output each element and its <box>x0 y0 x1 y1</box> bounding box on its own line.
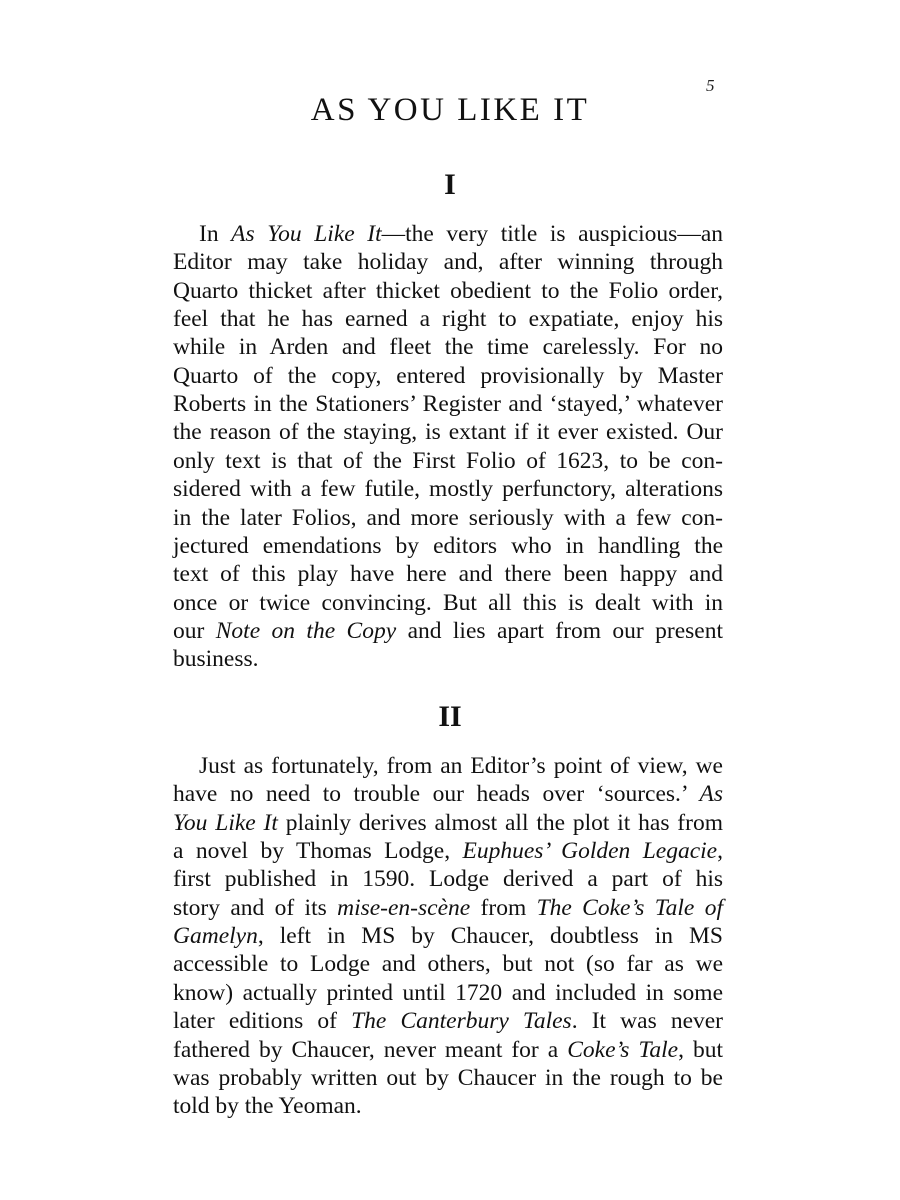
text-line: business. <box>173 645 723 673</box>
text-line: fathered by Chaucer, never meant for a C… <box>173 1036 723 1064</box>
text-line: Quarto of the copy, entered provisionall… <box>173 362 723 390</box>
text-line: sidered with a few futile, mostly perfun… <box>173 475 723 503</box>
text-line: later editions of The Canterbury Tales. … <box>173 1007 723 1035</box>
text-line: the reason of the staying, is extant if … <box>173 418 723 446</box>
body-text: from <box>470 895 536 921</box>
text-line: text of this play have here and there be… <box>173 560 723 588</box>
italic-title-text: As You Like It <box>231 221 381 247</box>
body-text: accessible to Lodge and others, but not … <box>173 951 723 977</box>
text-line: Gamelyn, left in MS by Chaucer, doubtles… <box>173 922 723 950</box>
italic-title-text: You Like It <box>173 810 278 836</box>
italic-title-text: As <box>700 781 724 807</box>
section-heading-1: I <box>0 168 900 202</box>
body-text: , left in MS by Chaucer, doubtless in MS <box>258 923 723 949</box>
italic-title-text: Note on the Copy <box>216 618 396 644</box>
text-line: first published in 1590. Lodge derived a… <box>173 865 723 893</box>
italic-title-text: mise-en-scène <box>337 895 470 921</box>
body-text: told by the Yeoman. <box>173 1093 362 1119</box>
text-line: have no need to trouble our heads over ‘… <box>173 780 723 808</box>
text-line: was probably written out by Chaucer in t… <box>173 1064 723 1092</box>
section-heading-2: II <box>0 700 900 734</box>
body-text: the reason of the staying, is extant if … <box>173 419 723 445</box>
italic-title-text: The Coke’s Tale of <box>537 895 723 921</box>
text-line: feel that he has earned a right to expat… <box>173 305 723 333</box>
body-text: later editions of <box>173 1008 351 1034</box>
body-text: Just as fortunately, from an Editor’s po… <box>199 753 723 779</box>
text-line: accessible to Lodge and others, but not … <box>173 950 723 978</box>
text-line: told by the Yeoman. <box>173 1092 723 1120</box>
body-text: plainly derives almost all the plot it h… <box>278 810 723 836</box>
text-line: Editor may take holiday and, after winni… <box>173 248 723 276</box>
text-line: Just as fortunately, from an Editor’s po… <box>199 752 723 780</box>
body-text: Quarto thicket after thicket obedient to… <box>173 278 723 304</box>
text-line: story and of its mise-en-scène from The … <box>173 894 723 922</box>
body-text: Roberts in the Stationers’ Register and … <box>173 391 723 417</box>
body-text: our <box>173 618 216 644</box>
body-text: story and of its <box>173 895 337 921</box>
text-line: jectured emendations by editors who in h… <box>173 532 723 560</box>
body-text: , but <box>678 1037 723 1063</box>
page-title: AS YOU LIKE IT <box>0 92 900 129</box>
text-line: a novel by Thomas Lodge, Euphues’ Golden… <box>173 837 723 865</box>
body-text: text of this play have here and there be… <box>173 561 723 587</box>
text-line: only text is that of the First Folio of … <box>173 447 723 475</box>
body-text: —the very title is auspicious—an <box>382 221 723 247</box>
text-line: Quarto thicket after thicket obedient to… <box>173 277 723 305</box>
text-line: once or twice convincing. But all this i… <box>173 589 723 617</box>
body-text: sidered with a few futile, mostly perfun… <box>173 476 723 502</box>
body-text: and lies apart from our present <box>396 618 723 644</box>
body-text: jectured emendations by editors who in h… <box>173 533 723 559</box>
body-text: only text is that of the First Folio of … <box>173 448 723 474</box>
body-text: have no need to trouble our heads over ‘… <box>173 781 700 807</box>
body-text: business. <box>173 646 259 672</box>
body-text: was probably written out by Chaucer in t… <box>173 1065 723 1091</box>
text-line: You Like It plainly derives almost all t… <box>173 809 723 837</box>
body-text: while in Arden and fleet the time carele… <box>173 334 723 360</box>
body-text: know) actually printed until 1720 and in… <box>173 980 723 1006</box>
text-line: our Note on the Copy and lies apart from… <box>173 617 723 645</box>
italic-title-text: The Canterbury Tales <box>351 1008 572 1034</box>
body-text: once or twice convincing. But all this i… <box>173 590 723 616</box>
text-line: In As You Like It—the very title is ausp… <box>199 220 723 248</box>
body-text: In <box>199 221 231 247</box>
text-line: while in Arden and fleet the time carele… <box>173 333 723 361</box>
italic-title-text: Gamelyn <box>173 923 258 949</box>
body-text: Editor may take holiday and, after winni… <box>173 249 723 275</box>
body-text: feel that he has earned a right to expat… <box>173 306 723 332</box>
text-line: know) actually printed until 1720 and in… <box>173 979 723 1007</box>
body-text: first published in 1590. Lodge derived a… <box>173 866 723 892</box>
text-line: in the later Folios, and more seriously … <box>173 504 723 532</box>
italic-title-text: Euphues’ Golden Legacie <box>463 838 718 864</box>
body-text: a novel by Thomas Lodge, <box>173 838 463 864</box>
body-text: . It was never <box>572 1008 723 1034</box>
italic-title-text: Coke’s Tale <box>567 1037 678 1063</box>
body-text: Quarto of the copy, entered provisionall… <box>173 363 723 389</box>
body-text: in the later Folios, and more seriously … <box>173 505 723 531</box>
body-text: , <box>717 838 723 864</box>
body-text: fathered by Chaucer, never meant for a <box>173 1037 567 1063</box>
text-line: Roberts in the Stationers’ Register and … <box>173 390 723 418</box>
